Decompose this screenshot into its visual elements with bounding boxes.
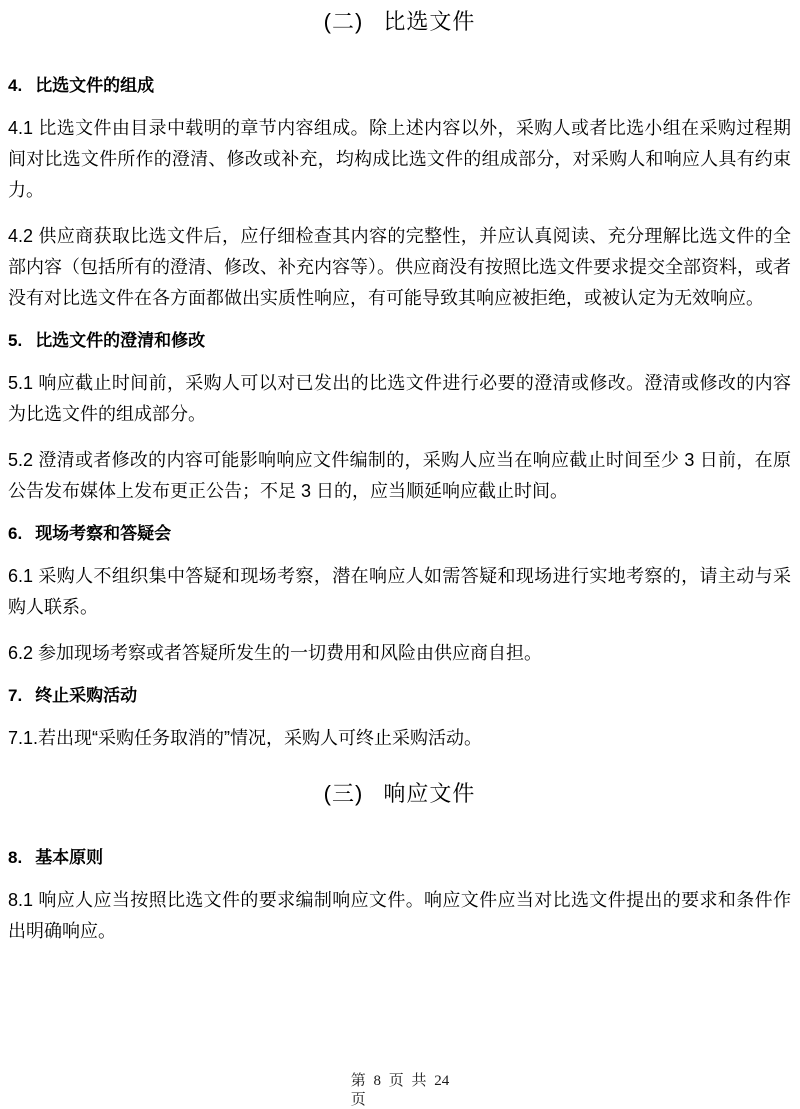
paragraph-5-1: 5.1 响应截止时间前，采购人可以对已发出的比选文件进行必要的澄清或修改。澄清或…: [8, 368, 791, 430]
section-heading-6-number: 6.: [8, 522, 22, 546]
part-title-3-label: 响应文件: [383, 781, 475, 806]
paragraph-4-2: 4.2 供应商获取比选文件后，应仔细检查其内容的完整性，并应认真阅读、充分理解比…: [8, 221, 791, 314]
part-title-3: (三)响应文件: [8, 778, 791, 810]
part-title-2: (二)比选文件: [8, 6, 791, 38]
section-heading-6: 6.现场考察和答疑会: [8, 522, 791, 546]
section-heading-8-label: 基本原则: [35, 848, 103, 867]
section-heading-8: 8.基本原则: [8, 846, 791, 870]
page-number: 第 8 页 共 24 页: [351, 1072, 450, 1109]
section-heading-7-number: 7.: [8, 684, 22, 708]
paragraph-6-1: 6.1 采购人不组织集中答疑和现场考察，潜在响应人如需答疑和现场进行实地考察的，…: [8, 561, 791, 623]
paragraph-7-1: 7.1.若出现“采购任务取消的”情况，采购人可终止采购活动。: [8, 723, 791, 754]
page-footer: 第 8 页 共 24 页: [0, 1072, 800, 1109]
section-heading-7: 7.终止采购活动: [8, 684, 791, 708]
part-title-2-label: 比选文件: [383, 9, 475, 34]
section-heading-7-label: 终止采购活动: [35, 686, 137, 705]
document-page: (二)比选文件 4.比选文件的组成 4.1 比选文件由目录中载明的章节内容组成。…: [0, 6, 800, 947]
paragraph-8-1: 8.1 响应人应当按照比选文件的要求编制响应文件。响应文件应当对比选文件提出的要…: [8, 885, 791, 947]
paragraph-5-2: 5.2 澄清或者修改的内容可能影响响应文件编制的，采购人应当在响应截止时间至少 …: [8, 445, 791, 507]
section-heading-8-number: 8.: [8, 846, 22, 870]
page-number-line-2: 页: [351, 1091, 450, 1109]
section-heading-5-number: 5.: [8, 329, 22, 353]
section-heading-4-number: 4.: [8, 74, 22, 98]
section-heading-5-label: 比选文件的澄清和修改: [35, 331, 205, 350]
page-number-line-1: 第 8 页 共 24: [351, 1072, 450, 1091]
paragraph-6-2: 6.2 参加现场考察或者答疑所发生的一切费用和风险由供应商自担。: [8, 638, 791, 669]
part-title-3-prefix: (三): [324, 781, 364, 806]
section-heading-4: 4.比选文件的组成: [8, 74, 791, 98]
part-title-2-prefix: (二): [324, 9, 364, 34]
section-heading-4-label: 比选文件的组成: [35, 76, 154, 95]
section-heading-5: 5.比选文件的澄清和修改: [8, 329, 791, 353]
section-heading-6-label: 现场考察和答疑会: [35, 524, 171, 543]
paragraph-4-1: 4.1 比选文件由目录中载明的章节内容组成。除上述内容以外，采购人或者比选小组在…: [8, 113, 791, 206]
